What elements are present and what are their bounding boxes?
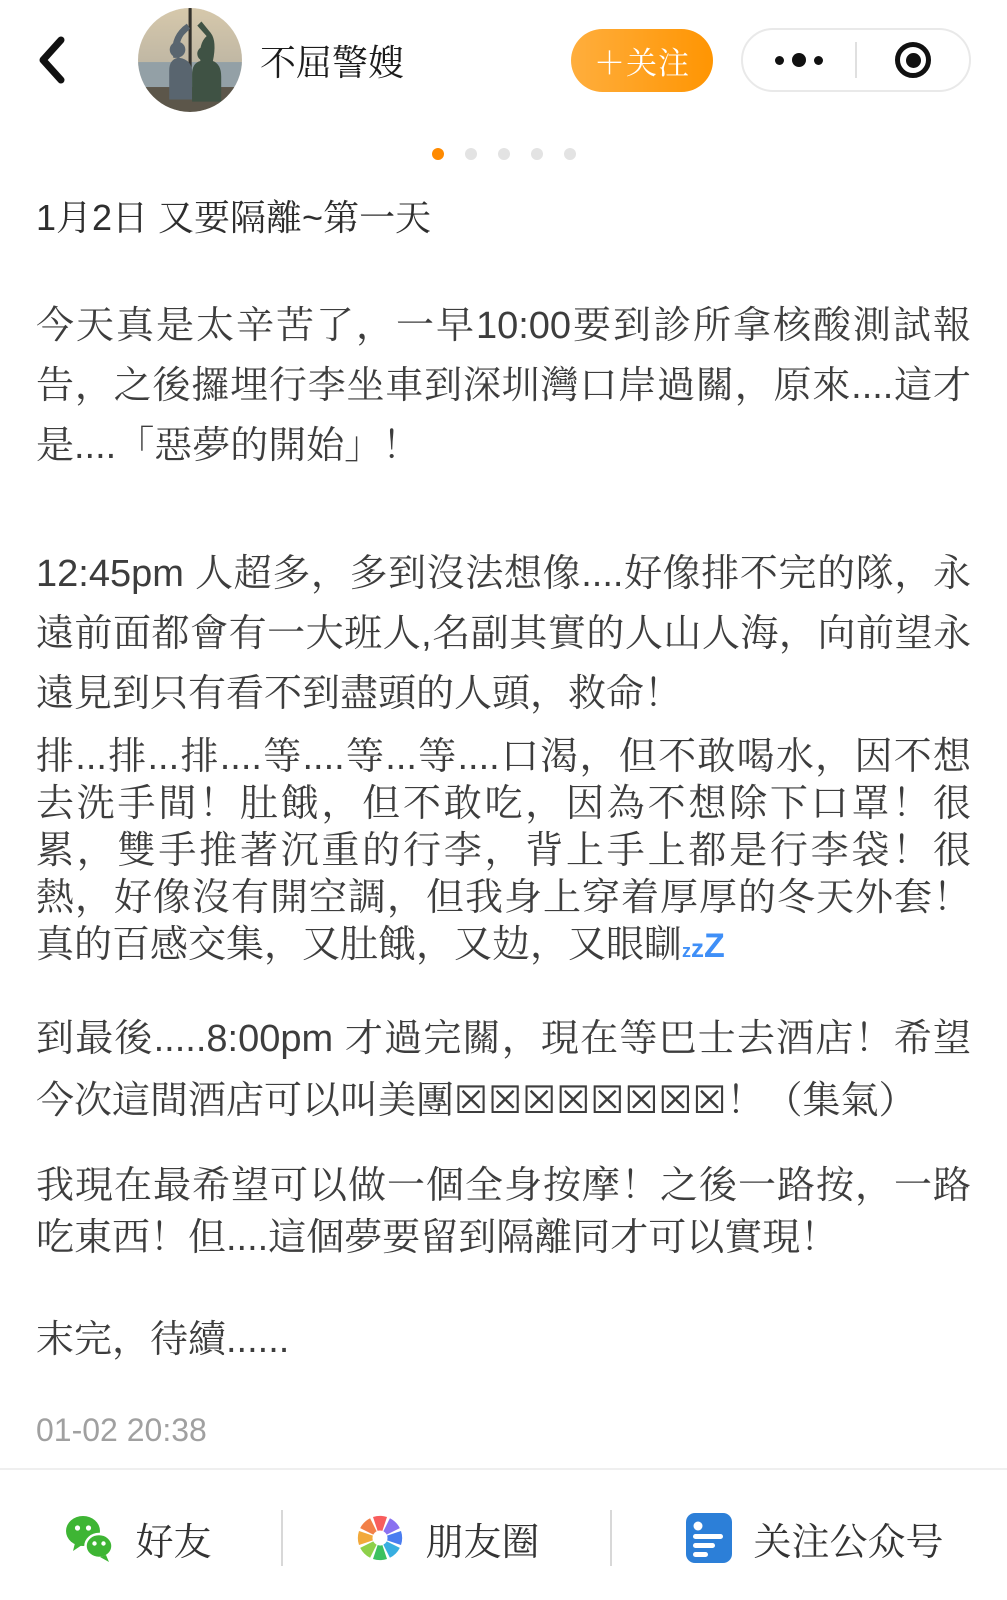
paragraph-6: 末完，待續......	[36, 1314, 971, 1366]
paragraph-2: 12:45pm 人超多，多到沒法想像....好像排不完的隊，永遠前面都會有一大班…	[36, 544, 971, 724]
paragraph-3: 排...排...排....等....等...等....口渴，但不敢喝水，因不想去…	[36, 734, 971, 975]
paragraph-5: 我現在最希望可以做一個全身按摩！之後一路按，一路吃東西！但....這個夢要留到隔…	[36, 1160, 971, 1264]
chevron-left-icon	[36, 35, 66, 85]
official-account-icon	[682, 1511, 736, 1565]
wechat-icon	[63, 1511, 117, 1565]
author-name: 不屈警嫂	[260, 35, 404, 86]
article-content: 1月2日 又要隔離~第一天 今天真是太辛苦了，一早10:00要到診所拿核酸測試報…	[0, 198, 1007, 1448]
paragraph-1: 今天真是太辛苦了，一早10:00要到診所拿核酸測試報告，之後攞埋行李坐車到深圳灣…	[36, 296, 971, 476]
carousel-dot[interactable]	[498, 148, 510, 160]
follow-button[interactable]: ＋关注	[571, 29, 713, 92]
post-timestamp: 01-02 20:38	[36, 1412, 971, 1448]
paragraph-4: 到最後.....8:00pm 才過完關，現在等巴士去酒店！希望今次這間酒店可以叫…	[36, 1008, 971, 1132]
carousel-dot-active[interactable]	[432, 148, 444, 160]
share-friends-label: 好友	[135, 1511, 211, 1566]
share-bar-separator	[281, 1510, 283, 1566]
miniprogram-capsule	[741, 28, 971, 92]
back-button[interactable]	[36, 35, 66, 85]
share-moments-label: 朋友圈	[425, 1511, 539, 1566]
share-bar: 好友 朋友圈	[0, 1470, 1007, 1600]
share-to-friends-button[interactable]: 好友	[63, 1511, 211, 1566]
carousel-pagination	[0, 148, 1007, 160]
share-bar-separator	[610, 1510, 612, 1566]
follow-official-label: 关注公众号	[754, 1511, 944, 1566]
carousel-dot[interactable]	[564, 148, 576, 160]
avatar-photo	[138, 8, 242, 112]
follow-official-account-button[interactable]: 关注公众号	[682, 1511, 944, 1566]
paragraph-3-text: 排...排...排....等....等...等....口渴，但不敢喝水，因不想去…	[36, 736, 971, 966]
carousel-dot[interactable]	[465, 148, 477, 160]
moments-icon	[353, 1511, 407, 1565]
share-to-moments-button[interactable]: 朋友圈	[353, 1511, 539, 1566]
more-options-button[interactable]	[743, 30, 855, 90]
exit-miniprogram-button[interactable]	[857, 30, 969, 90]
carousel-dot[interactable]	[531, 148, 543, 160]
header: 不屈警嫂 ＋关注	[0, 0, 1007, 120]
post-title: 1月2日 又要隔離~第一天	[36, 198, 971, 238]
sleep-zzz-emoji: zzZ	[682, 924, 725, 966]
mini-program-article-page: 不屈警嫂 ＋关注 1月2日 又要隔離~第一天 今天真是太辛苦了，一早10:00要…	[0, 0, 1007, 1600]
target-icon	[895, 42, 931, 78]
ellipsis-icon	[775, 53, 823, 67]
avatar[interactable]	[138, 8, 242, 112]
